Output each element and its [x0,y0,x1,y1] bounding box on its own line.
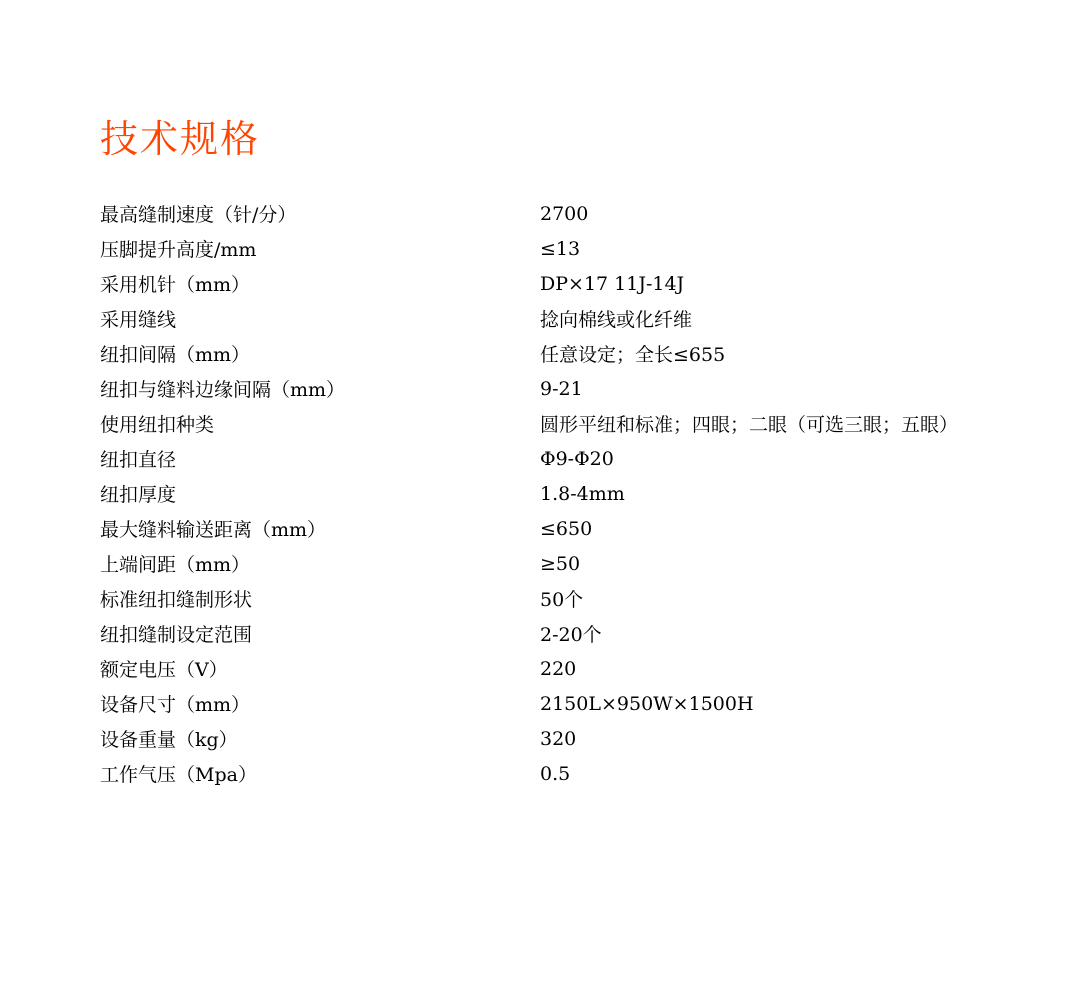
spec-row: 使用纽扣种类 圆形平纽和标准；四眼；二眼（可选三眼；五眼） [100,406,1020,441]
spec-value: ≤650 [540,518,1020,540]
spec-row: 额定电压（V） 220 [100,651,1020,686]
spec-value: ≤13 [540,238,1020,260]
spec-value: 圆形平纽和标准；四眼；二眼（可选三眼；五眼） [540,410,1020,437]
spec-value: 9-21 [540,378,1020,400]
spec-row: 最大缝料输送距离（mm） ≤650 [100,511,1020,546]
spec-value: 捻向棉线或化纤维 [540,305,1020,332]
spec-row: 设备重量（kg） 320 [100,721,1020,756]
spec-label: 额定电压（V） [100,655,540,682]
spec-label: 采用机针（mm） [100,270,540,297]
spec-value: 任意设定；全长≤655 [540,340,1020,367]
spec-value: DP×17 11J-14J [540,273,1020,295]
spec-label: 设备尺寸（mm） [100,690,540,717]
spec-value: Φ9-Φ20 [540,448,1020,470]
spec-row: 上端间距（mm） ≥50 [100,546,1020,581]
spec-label: 压脚提升高度/mm [100,235,540,262]
spec-value: 220 [540,658,1020,680]
spec-value: 50个 [540,585,1020,612]
spec-row: 纽扣厚度 1.8-4mm [100,476,1020,511]
spec-label: 纽扣直径 [100,445,540,472]
spec-value: 320 [540,728,1020,750]
page-title: 技术规格 [100,117,260,161]
spec-label: 最大缝料输送距离（mm） [100,515,540,542]
spec-row: 采用缝线 捻向棉线或化纤维 [100,301,1020,336]
spec-value: 1.8-4mm [540,483,1020,505]
spec-value: ≥50 [540,553,1020,575]
spec-label: 纽扣厚度 [100,480,540,507]
spec-row: 压脚提升高度/mm ≤13 [100,231,1020,266]
spec-value: 2-20个 [540,620,1020,647]
spec-label: 上端间距（mm） [100,550,540,577]
spec-label: 纽扣与缝料边缘间隔（mm） [100,375,540,402]
spec-label: 标准纽扣缝制形状 [100,585,540,612]
spec-document-page: 技术规格 最高缝制速度（针/分） 2700 压脚提升高度/mm ≤13 采用机针… [0,0,1080,1000]
spec-row: 设备尺寸（mm） 2150L×950W×1500H [100,686,1020,721]
spec-row: 纽扣间隔（mm） 任意设定；全长≤655 [100,336,1020,371]
spec-row: 纽扣与缝料边缘间隔（mm） 9-21 [100,371,1020,406]
spec-value: 2150L×950W×1500H [540,693,1020,715]
spec-label: 纽扣间隔（mm） [100,340,540,367]
spec-row: 纽扣缝制设定范围 2-20个 [100,616,1020,651]
spec-value: 2700 [540,203,1020,225]
spec-row: 标准纽扣缝制形状 50个 [100,581,1020,616]
spec-label: 设备重量（kg） [100,725,540,752]
spec-row: 工作气压（Mpa） 0.5 [100,756,1020,791]
spec-row: 采用机针（mm） DP×17 11J-14J [100,266,1020,301]
spec-label: 采用缝线 [100,305,540,332]
spec-table: 最高缝制速度（针/分） 2700 压脚提升高度/mm ≤13 采用机针（mm） … [100,196,1020,791]
spec-row: 最高缝制速度（针/分） 2700 [100,196,1020,231]
spec-label: 最高缝制速度（针/分） [100,200,540,227]
spec-label: 工作气压（Mpa） [100,760,540,787]
spec-row: 纽扣直径 Φ9-Φ20 [100,441,1020,476]
spec-value: 0.5 [540,763,1020,785]
spec-label: 使用纽扣种类 [100,410,540,437]
spec-label: 纽扣缝制设定范围 [100,620,540,647]
